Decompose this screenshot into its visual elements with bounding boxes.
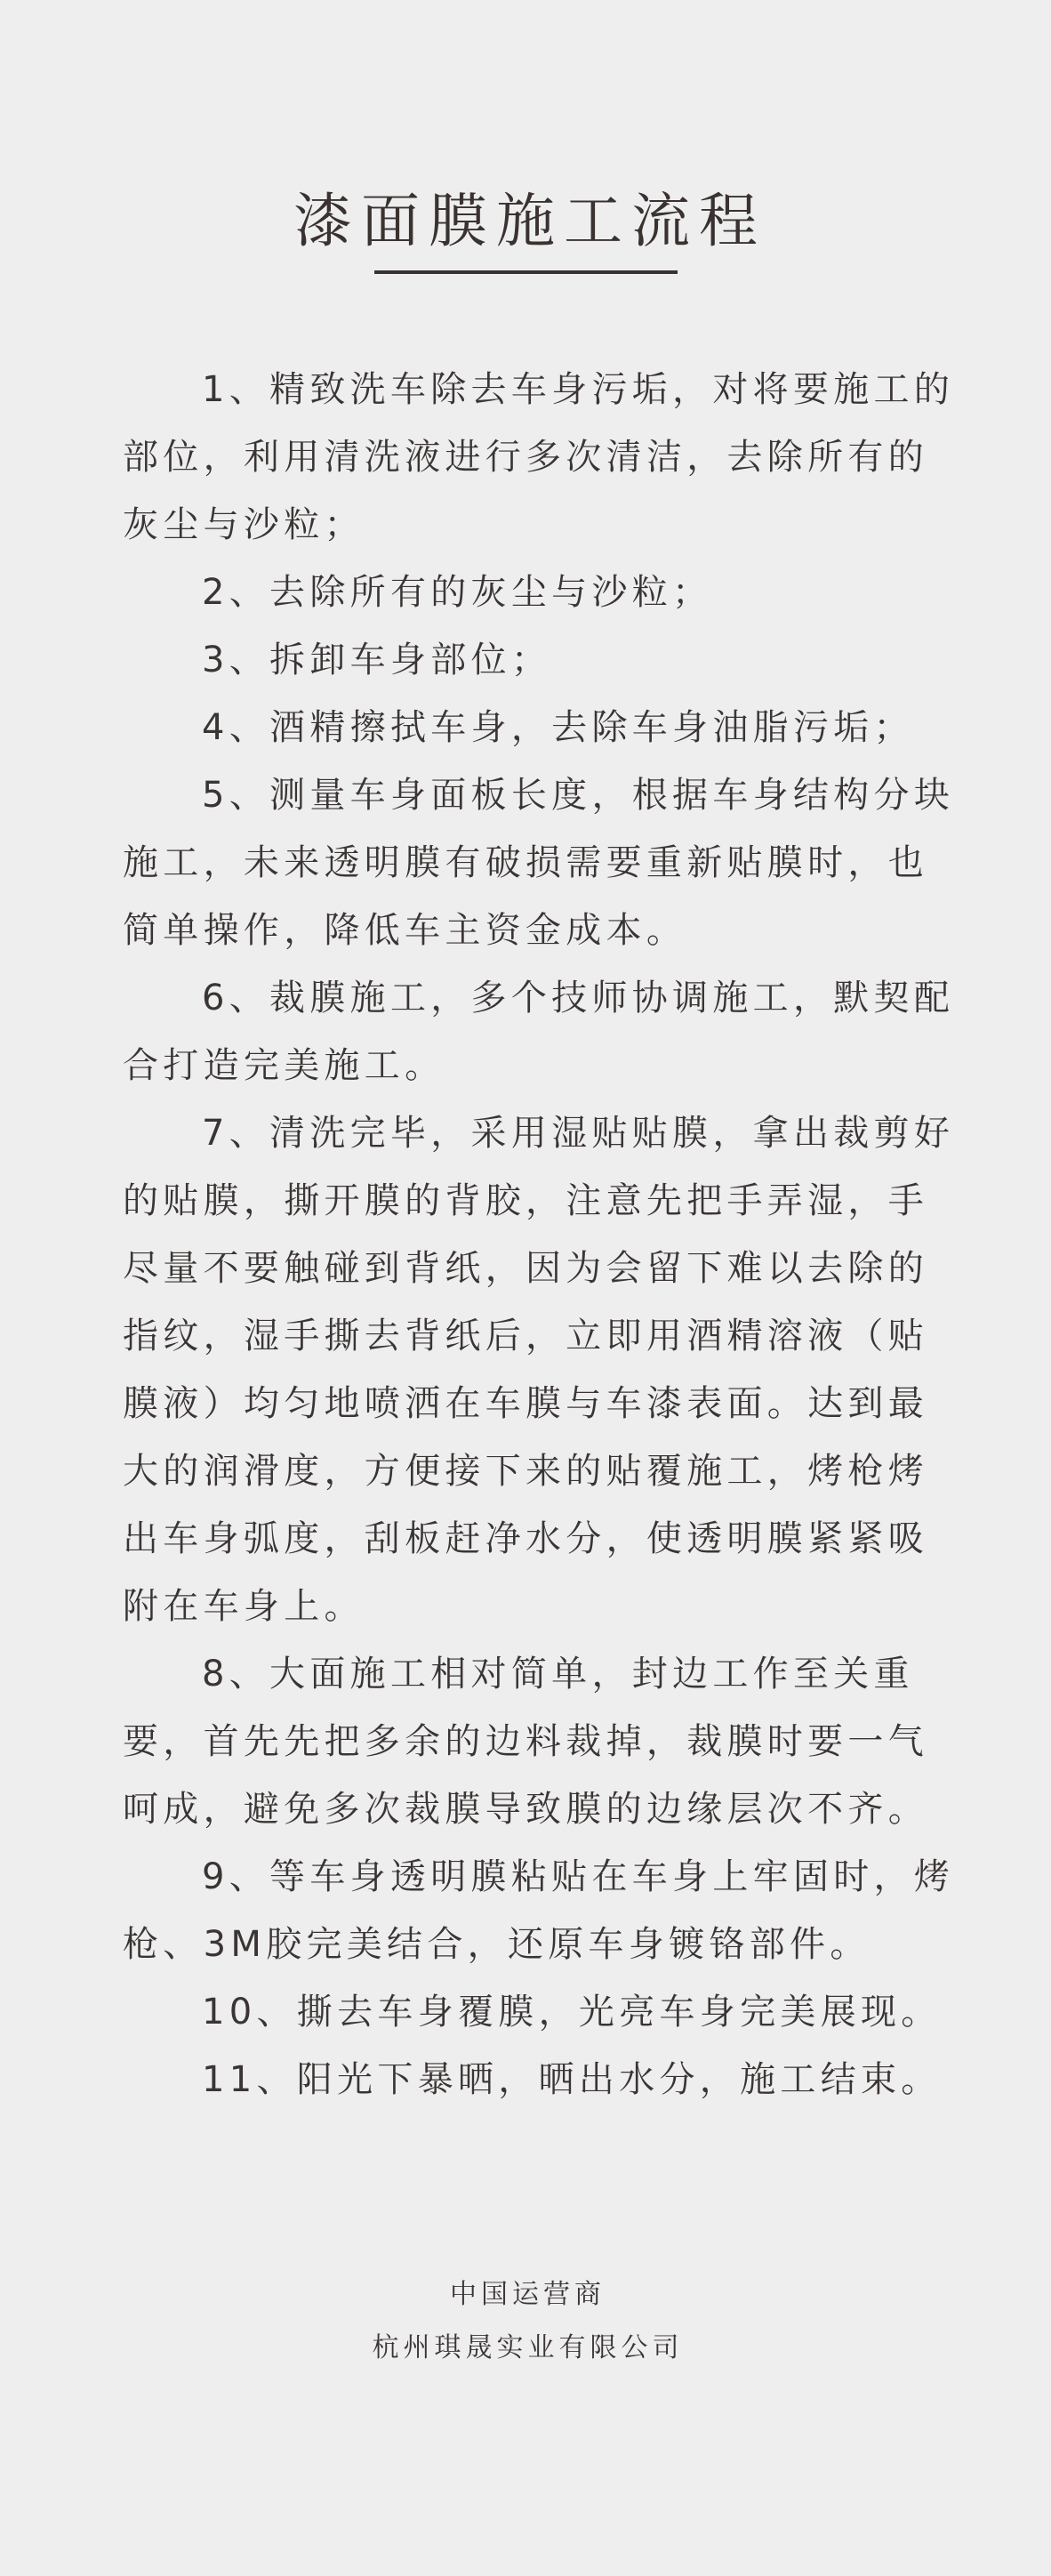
step-line: 膜液）均匀地喷洒在车膜与车漆表面。达到最	[123, 1370, 932, 1437]
step-line: 8、大面施工相对简单，封边工作至关重	[123, 1640, 932, 1708]
page-title: 漆面膜施工流程	[0, 181, 1051, 262]
step-paragraph-4: 4、酒精擦拭车身，去除车身油脂污垢；	[123, 694, 932, 761]
step-paragraph-8: 8、大面施工相对简单，封边工作至关重 要，首先先把多余的边料裁掉，裁膜时要一气 …	[123, 1640, 932, 1843]
company-footer: 中国运营商 杭州琪晟实业有限公司	[0, 2268, 1051, 2375]
step-line: 部位，利用清洗液进行多次清洁，去除所有的	[123, 423, 932, 491]
step-line: 合打造完美施工。	[123, 1032, 932, 1099]
step-line: 要，首先先把多余的边料裁掉，裁膜时要一气	[123, 1708, 932, 1775]
step-line: 7、清洗完毕，采用湿贴贴膜，拿出裁剪好	[123, 1099, 932, 1167]
step-line: 11、阳光下暴晒，晒出水分，施工结束。	[123, 2046, 932, 2113]
step-paragraph-3: 3、拆卸车身部位；	[123, 626, 932, 694]
step-line: 附在车身上。	[123, 1573, 932, 1640]
step-line: 施工，未来透明膜有破损需要重新贴膜时，也	[123, 829, 932, 897]
document-page: 漆面膜施工流程 1、精致洗车除去车身污垢，对将要施工的 部位，利用清洗液进行多次…	[0, 0, 1051, 2576]
step-line: 6、裁膜施工，多个技师协调施工，默契配	[123, 964, 932, 1032]
step-line: 简单操作，降低车主资金成本。	[123, 897, 932, 964]
footer-operator-label: 中国运营商	[0, 2268, 1051, 2322]
step-line: 出车身弧度，刮板赶净水分，使透明膜紧紧吸	[123, 1505, 932, 1573]
step-line: 10、撕去车身覆膜，光亮车身完美展现。	[123, 1978, 932, 2046]
step-line: 灰尘与沙粒；	[123, 491, 932, 559]
step-paragraph-1: 1、精致洗车除去车身污垢，对将要施工的 部位，利用清洗液进行多次清洁，去除所有的…	[123, 356, 932, 559]
step-paragraph-10: 10、撕去车身覆膜，光亮车身完美展现。	[123, 1978, 932, 2046]
step-paragraph-6: 6、裁膜施工，多个技师协调施工，默契配 合打造完美施工。	[123, 964, 932, 1099]
step-line: 尽量不要触碰到背纸，因为会留下难以去除的	[123, 1235, 932, 1302]
step-paragraph-7: 7、清洗完毕，采用湿贴贴膜，拿出裁剪好 的贴膜，撕开膜的背胶，注意先把手弄湿，手…	[123, 1099, 932, 1640]
step-line: 4、酒精擦拭车身，去除车身油脂污垢；	[123, 694, 932, 761]
step-line: 9、等车身透明膜粘贴在车身上牢固时，烤	[123, 1843, 932, 1911]
step-line: 5、测量车身面板长度，根据车身结构分块	[123, 761, 932, 829]
step-line: 2、去除所有的灰尘与沙粒；	[123, 559, 932, 626]
step-line: 指纹，湿手撕去背纸后，立即用酒精溶液（贴	[123, 1302, 932, 1370]
step-paragraph-5: 5、测量车身面板长度，根据车身结构分块 施工，未来透明膜有破损需要重新贴膜时，也…	[123, 761, 932, 964]
step-line: 枪、3M胶完美结合，还原车身镀铬部件。	[123, 1911, 932, 1978]
step-line: 的贴膜，撕开膜的背胶，注意先把手弄湿，手	[123, 1167, 932, 1235]
footer-company-name: 杭州琪晟实业有限公司	[0, 2322, 1051, 2375]
step-paragraph-9: 9、等车身透明膜粘贴在车身上牢固时，烤 枪、3M胶完美结合，还原车身镀铬部件。	[123, 1843, 932, 1978]
step-line: 3、拆卸车身部位；	[123, 626, 932, 694]
step-paragraph-11: 11、阳光下暴晒，晒出水分，施工结束。	[123, 2046, 932, 2113]
process-steps: 1、精致洗车除去车身污垢，对将要施工的 部位，利用清洗液进行多次清洁，去除所有的…	[123, 356, 932, 2113]
step-paragraph-2: 2、去除所有的灰尘与沙粒；	[123, 559, 932, 626]
step-line: 呵成，避免多次裁膜导致膜的边缘层次不齐。	[123, 1775, 932, 1843]
step-line: 1、精致洗车除去车身污垢，对将要施工的	[123, 356, 932, 423]
step-line: 大的润滑度，方便接下来的贴覆施工，烤枪烤	[123, 1437, 932, 1505]
title-underline-divider	[374, 270, 678, 274]
